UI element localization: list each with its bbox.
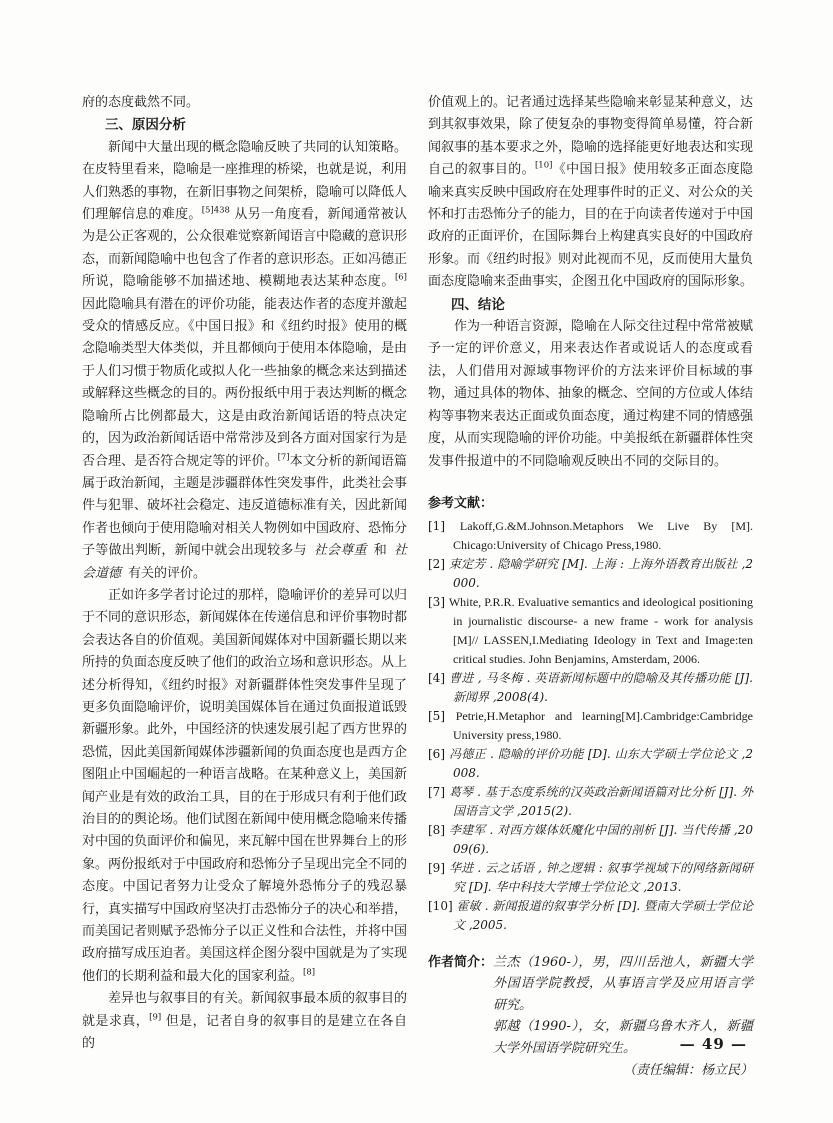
citation-superscript: [8] [303, 968, 315, 978]
text-segment: 有关的评价。 [128, 566, 206, 581]
citation-superscript: [10] [535, 161, 552, 171]
citation-superscript: [7] [278, 452, 290, 462]
paragraph: 差异也与叙事目的有关。新闻叙事最本质的叙事目的就是求真，[9] 但是，记者自身的… [82, 988, 407, 1055]
reference-item: [4] 曹进 , 马冬梅 . 英语新闻标题中的隐喻及其传播功能 [J]. 新闻界… [428, 669, 753, 707]
text-segment: 府的态度截然不同。 [82, 95, 199, 110]
reference-text: 冯德正 . 隐喻的评价功能 [D]. 山东大学硕士学位论文 ,2008. [449, 747, 753, 780]
section-heading: 四、结论 [428, 294, 753, 316]
reference-text: White, P.R.R. Evaluative semantics and i… [449, 595, 753, 666]
reference-item: [3] White, P.R.R. Evaluative semantics a… [428, 593, 753, 669]
section-heading: 三、原因分析 [82, 114, 407, 136]
journal-page: 府的态度截然不同。三、原因分析新闻中大量出现的概念隐喻反映了共同的认知策略。在皮… [0, 0, 833, 1123]
reference-number: [4] [428, 671, 449, 685]
reference-item: [6] 冯德正 . 隐喻的评价功能 [D]. 山东大学硕士学位论文 ,2008. [428, 745, 753, 783]
reference-number: [9] [428, 861, 449, 875]
references-heading: 参考文献： [428, 494, 753, 514]
reference-text: 曹进 , 马冬梅 . 英语新闻标题中的隐喻及其传播功能 [J]. 新闻界 ,20… [449, 671, 753, 704]
reference-item: [7] 葛琴 . 基于态度系统的汉英政治新闻语篇对比分析 [J]. 外国语言文学… [428, 783, 753, 821]
paragraph: 新闻中大量出现的概念隐喻反映了共同的认知策略。在皮特里看来，隐喻是一座推理的桥梁… [82, 137, 407, 585]
text-segment: 正如许多学者讨论过的那样，隐喻评价的差异可以归于不同的意识形态，新闻媒体在传递信… [82, 588, 407, 984]
two-column-content: 府的态度截然不同。三、原因分析新闻中大量出现的概念隐喻反映了共同的认知策略。在皮… [82, 92, 754, 1081]
left-column: 府的态度截然不同。三、原因分析新闻中大量出现的概念隐喻反映了共同的认知策略。在皮… [82, 92, 407, 1055]
emphasis-term: 社会尊重 [307, 543, 374, 558]
citation-superscript: [9] [149, 1012, 161, 1022]
reference-number: [6] [428, 747, 449, 761]
reference-text: 霍敏 . 新闻报道的叙事学分析 [D]. 暨南大学硕士学位论文 ,2005. [453, 899, 753, 932]
continuation-paragraph: 价值观上的。记者通过选择某些隐喻来彰显某种意义，达到其叙事效果，除了使复杂的事物… [428, 92, 753, 294]
page-number: — 49 — [680, 1035, 747, 1053]
reference-text: 束定芳 . 隐喻学研究 [M]. 上海 : 上海外语教育出版社 ,2000. [449, 557, 753, 590]
reference-number: [5] [428, 709, 456, 723]
reference-text: 华进 . 云之话语 , 钟之逻辑 : 叙事学视域下的网络新闻研究 [D]. 华中… [449, 861, 753, 894]
citation-superscript: [5]438 [202, 206, 230, 216]
editor-note: （责任编辑：杨立民） [428, 1060, 753, 1081]
reference-text: Lakoff,G.&M.Johnson.Metaphors We Live By… [453, 519, 753, 552]
reference-number: [7] [428, 785, 449, 799]
reference-text: Petrie,H.Metaphor and learning[M].Cambri… [453, 709, 753, 742]
reference-number: [10] [428, 899, 457, 913]
citation-superscript: [6] [395, 273, 407, 283]
reference-item: [2] 束定芳 . 隐喻学研究 [M]. 上海 : 上海外语教育出版社 ,200… [428, 555, 753, 593]
reference-item: [5] Petrie,H.Metaphor and learning[M].Ca… [428, 707, 753, 745]
text-segment: 因此隐喻具有潜在的评价功能，能表达作者的态度并激起受众的情感反应。《中国日报》和… [82, 297, 407, 469]
reference-item: [9] 华进 . 云之话语 , 钟之逻辑 : 叙事学视域下的网络新闻研究 [D]… [428, 859, 753, 897]
continuation-paragraph: 府的态度截然不同。 [82, 92, 407, 114]
reference-item: [10] 霍敏 . 新闻报道的叙事学分析 [D]. 暨南大学硕士学位论文 ,20… [428, 897, 753, 935]
author-bio-line: 兰杰（1960-），男，四川岳池人，新疆大学外国语学院教授，从事语言学及应用语言… [493, 952, 753, 1017]
reference-item: [8] 李建军 . 对西方媒体妖魔化中国的剖析 [J]. 当代传播 ,2009(… [428, 821, 753, 859]
author-bio-label: 作者简介： [428, 952, 493, 1060]
reference-number: [3] [428, 595, 449, 609]
text-segment: 《中国日报》使用较多正面态度隐喻来真实反映中国政府在处理事件时的正义、对公众的关… [428, 162, 753, 289]
reference-number: [1] [428, 519, 460, 533]
paragraph: 正如许多学者讨论过的那样，隐喻评价的差异可以归于不同的意识形态，新闻媒体在传递信… [82, 585, 407, 988]
reference-number: [8] [428, 823, 449, 837]
paragraph: 作为一种语言资源，隐喻在人际交往过程中常常被赋予一定的评价意义，用来表达作者或说… [428, 316, 753, 473]
text-segment: 和 [374, 543, 387, 558]
reference-text: 葛琴 . 基于态度系统的汉英政治新闻语篇对比分析 [J]. 外国语言文学 ,20… [449, 785, 753, 818]
right-column: 价值观上的。记者通过选择某些隐喻来彰显某种意义，达到其叙事效果，除了使复杂的事物… [428, 92, 753, 1081]
reference-number: [2] [428, 557, 449, 571]
text-segment: 作为一种语言资源，隐喻在人际交往过程中常常被赋予一定的评价意义，用来表达作者或说… [428, 319, 753, 468]
reference-text: 李建军 . 对西方媒体妖魔化中国的剖析 [J]. 当代传播 ,2009(6). [449, 823, 753, 856]
reference-item: [1] Lakoff,G.&M.Johnson.Metaphors We Liv… [428, 517, 753, 555]
